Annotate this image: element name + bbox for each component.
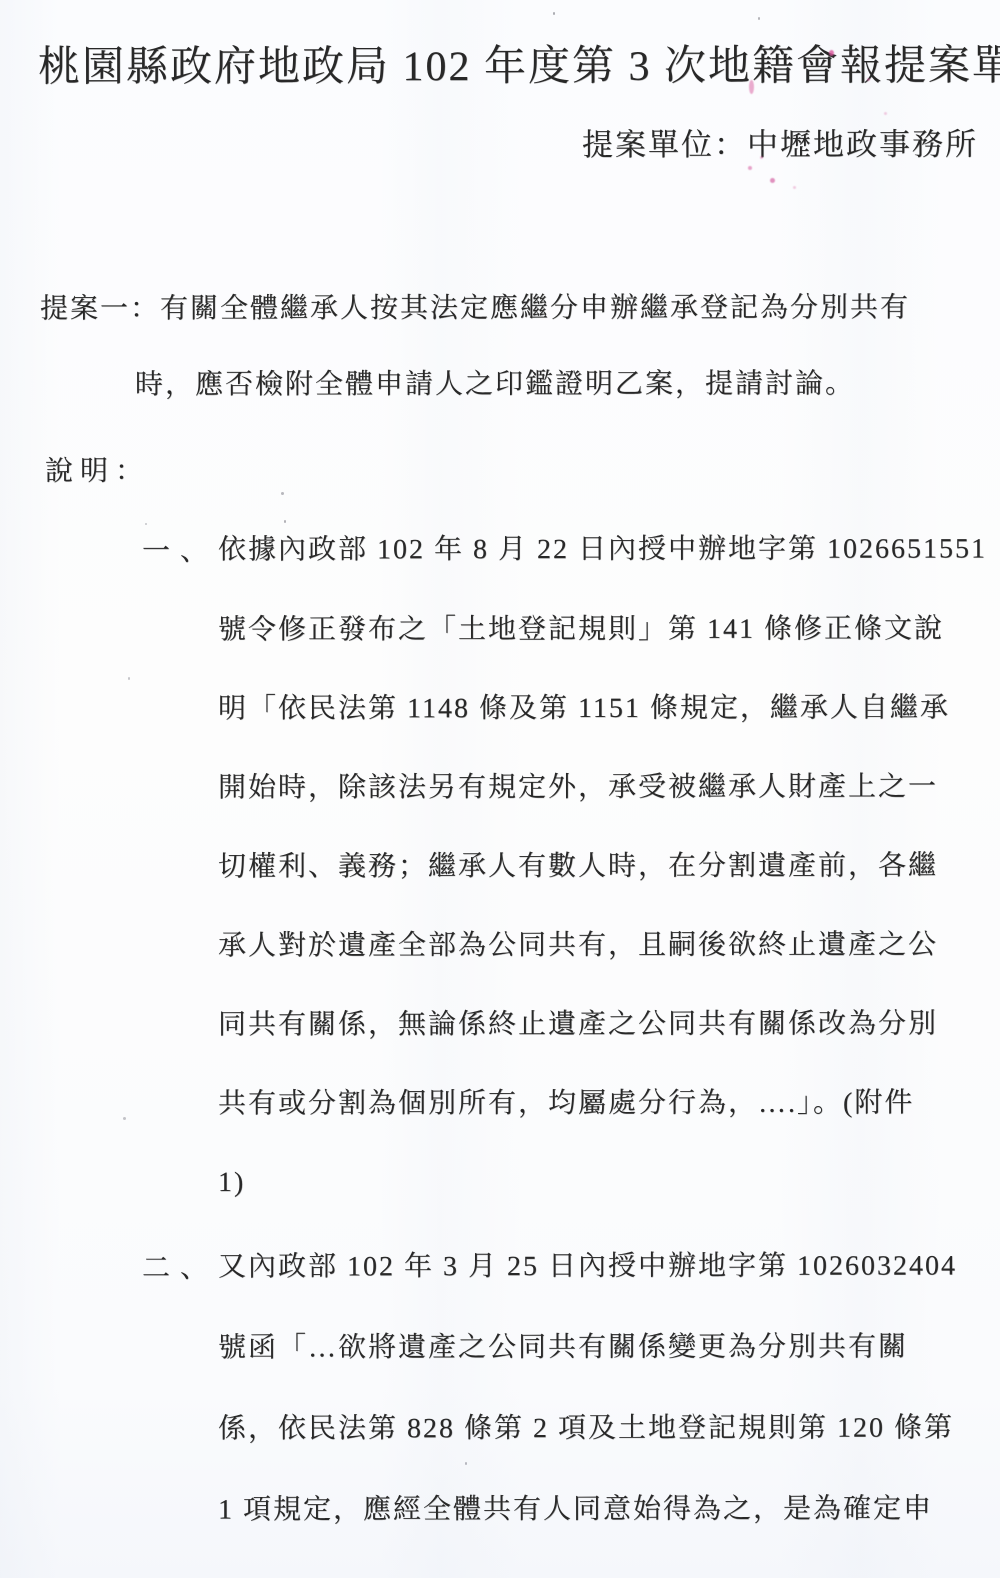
explanation-label: 說明： (45, 455, 150, 489)
scan-speckle (128, 677, 130, 680)
item-1-number: 一、 (142, 535, 218, 569)
item-1-line-6: 承人對於遺產全部為公同共有，且嗣後欲終止遺產之公 (218, 928, 938, 963)
item-1-line-8: 共有或分割為個別所有，均屬處分行為，….」。(附件 (218, 1087, 914, 1122)
pink-smudge (748, 166, 752, 170)
pink-smudge (770, 178, 775, 183)
proposing-unit-line: 提案單位：中壢地政事務所 (582, 126, 978, 164)
scan-speckle (281, 492, 284, 495)
item-1-line-1: 依據內政部 102 年 8 月 22 日內授中辦地字第 1026651551 (218, 532, 987, 567)
item-1-line-3: 明「依民法第 1148 條及第 1151 條規定，繼承人自繼承 (218, 691, 950, 726)
item-2-line-2: 號函「…欲將遺產之公同共有關係變更為分別共有關 (218, 1331, 908, 1366)
proposal-line-2: 時，應否檢附全體申請人之印鑑證明乙案，提請討論。 (135, 367, 855, 402)
item-1-line-9: 1) (218, 1166, 245, 1200)
pink-smudge (793, 186, 796, 189)
item-2-line-3: 係，依民法第 828 條第 2 項及土地登記規則第 120 條第 (218, 1411, 954, 1446)
item-1-line-5: 切權利、義務；繼承人有數人時，在分割遺產前，各繼 (218, 849, 938, 884)
proposal-line-1: 提案一：有關全體繼承人按其法定應繼分申辦繼承登記為分別共有 (40, 291, 910, 326)
item-1-line-4: 開始時，除該法另有規定外，承受被繼承人財產上之一 (218, 770, 938, 805)
scan-speckle (284, 520, 286, 523)
scanned-document-page: 桃園縣政府地政局 102 年度第 3 次地籍會報提案單 提案單位：中壢地政事務所… (0, 0, 1000, 1578)
scan-speckle (553, 12, 555, 15)
item-1-line-7: 同共有關係，無論係終止遺產之公同共有關係改為分別 (218, 1007, 938, 1042)
scan-speckle (465, 1462, 467, 1465)
scan-speckle (758, 17, 760, 20)
document-title: 桃園縣政府地政局 102 年度第 3 次地籍會報提案單 (38, 41, 1000, 93)
item-1-line-2: 號令修正發布之「土地登記規則」第 141 條修正條文說 (218, 612, 944, 647)
item-2-line-4: 1 項規定，應經全體共有人同意始得為之，是為確定申 (218, 1493, 933, 1528)
item-2-number: 二、 (142, 1252, 218, 1286)
scan-speckle (123, 1117, 126, 1120)
scan-speckle (145, 523, 147, 525)
pink-smudge (884, 112, 887, 115)
item-2-line-1: 又內政部 102 年 3 月 25 日內授中辦地字第 1026032404 (218, 1249, 957, 1284)
